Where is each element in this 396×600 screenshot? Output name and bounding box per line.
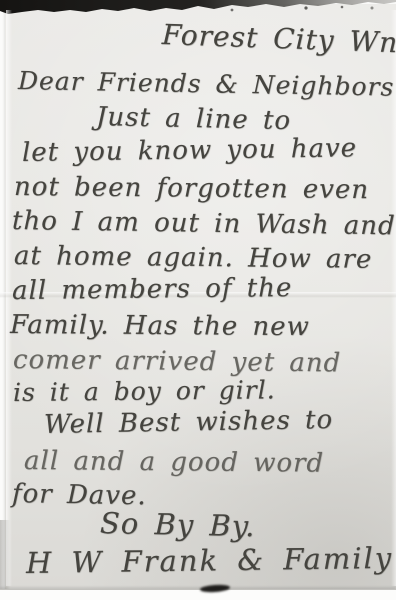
- torn-top-edge: [0, 0, 396, 18]
- letter-line: is it a boy or girl.: [13, 375, 276, 407]
- letter-line: not been forgotten even: [14, 172, 369, 205]
- bottom-left-shadow: [0, 520, 10, 590]
- letter-line: Family. Has the new: [10, 310, 310, 342]
- letter-line: Just a line to: [96, 102, 292, 136]
- letter-line: all and a good word: [24, 446, 324, 479]
- letter-line: comer arrived yet and: [13, 345, 342, 378]
- letter-line: Well Best wishes to: [44, 405, 334, 440]
- letter-closing: So By By.: [100, 506, 256, 543]
- letter-line: all members of the: [12, 273, 293, 306]
- letter-line: let you know you have: [22, 133, 358, 168]
- letter-line: tho I am out in Wash and: [12, 206, 396, 241]
- letter-signature: H W Frank & Family: [26, 541, 394, 580]
- letter-line: at home again. How are: [14, 241, 373, 275]
- scanned-letter: Forest City Wn Dear Friends & Neighbors.…: [0, 0, 396, 600]
- scanner-bottom-strip: [0, 589, 396, 600]
